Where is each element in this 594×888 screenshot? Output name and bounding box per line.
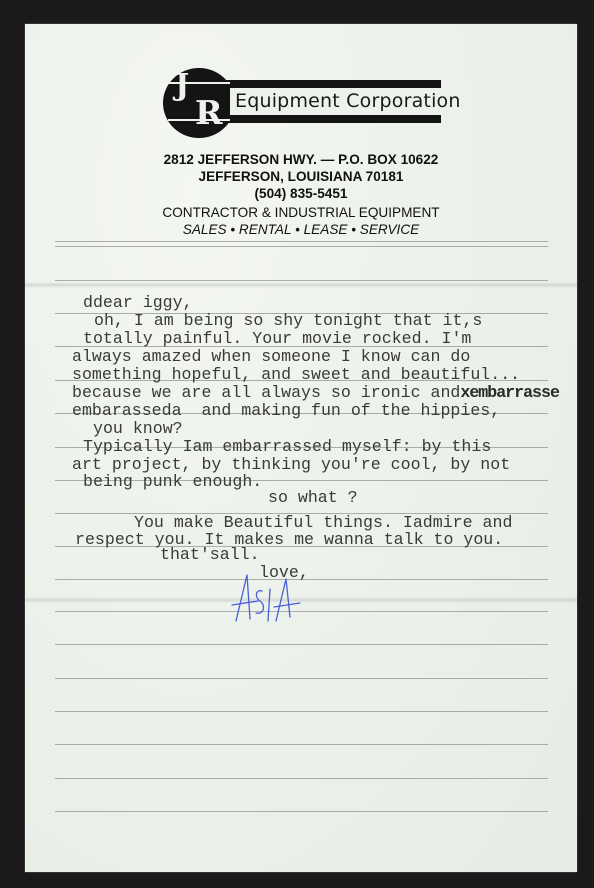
handwritten-signature-asia xyxy=(230,569,305,629)
letter-line: respect you. It makes me wanna talk to y… xyxy=(75,531,503,549)
letter-line: oh, I am being so shy tonight that it,s xyxy=(94,312,482,330)
rule-line xyxy=(55,644,548,645)
rule-line xyxy=(55,246,548,247)
rule-line xyxy=(55,811,548,812)
letter-line: something hopeful, and sweet and beautif… xyxy=(72,366,520,384)
rule-line xyxy=(55,280,548,281)
letter-line: so what ? xyxy=(268,489,358,507)
rule-line xyxy=(55,241,548,242)
logo-bar-top xyxy=(215,80,441,88)
company-services: SALES • RENTAL • LEASE • SERVICE xyxy=(25,221,577,238)
letter-line: that'sall. xyxy=(160,546,260,564)
rule-line xyxy=(55,778,548,779)
logo-letter-j: J xyxy=(175,71,189,101)
rule-line xyxy=(55,678,548,679)
rule-line xyxy=(55,744,548,745)
letter-line-text: because we are all always so ironic and xyxy=(72,383,460,402)
letter-paper: J R Equipment Corporation 2812 JEFFERSON… xyxy=(25,24,577,872)
company-tagline: CONTRACTOR & INDUSTRIAL EQUIPMENT xyxy=(25,204,577,221)
letter-line: embarasseda and making fun of the hippie… xyxy=(72,402,500,420)
letter-line: always amazed when someone I know can do xyxy=(72,348,470,366)
salutation: ddear iggy, xyxy=(83,294,193,312)
company-name: Equipment Corporation xyxy=(235,90,461,112)
phone-number: (504) 835-5451 xyxy=(25,185,577,202)
struck-out-text: xembarrasse xyxy=(460,383,559,402)
rule-line xyxy=(55,711,548,712)
address-line-1: 2812 JEFFERSON HWY. — P.O. BOX 10622 xyxy=(25,151,577,168)
logo-bar-bottom xyxy=(215,115,441,123)
letter-line: totally painful. Your movie rocked. I'm xyxy=(83,330,471,348)
address-line-2: JEFFERSON, LOUISIANA 70181 xyxy=(25,168,577,185)
paper-fold xyxy=(25,282,577,288)
letter-line: you know? xyxy=(93,420,183,438)
logo-letter-r: R xyxy=(195,96,222,129)
letter-line: because we are all always so ironic andx… xyxy=(72,384,559,402)
letter-line: being punk enough. xyxy=(83,473,262,491)
letter-line: Typically Iam embarrassed myself: by thi… xyxy=(83,438,491,456)
